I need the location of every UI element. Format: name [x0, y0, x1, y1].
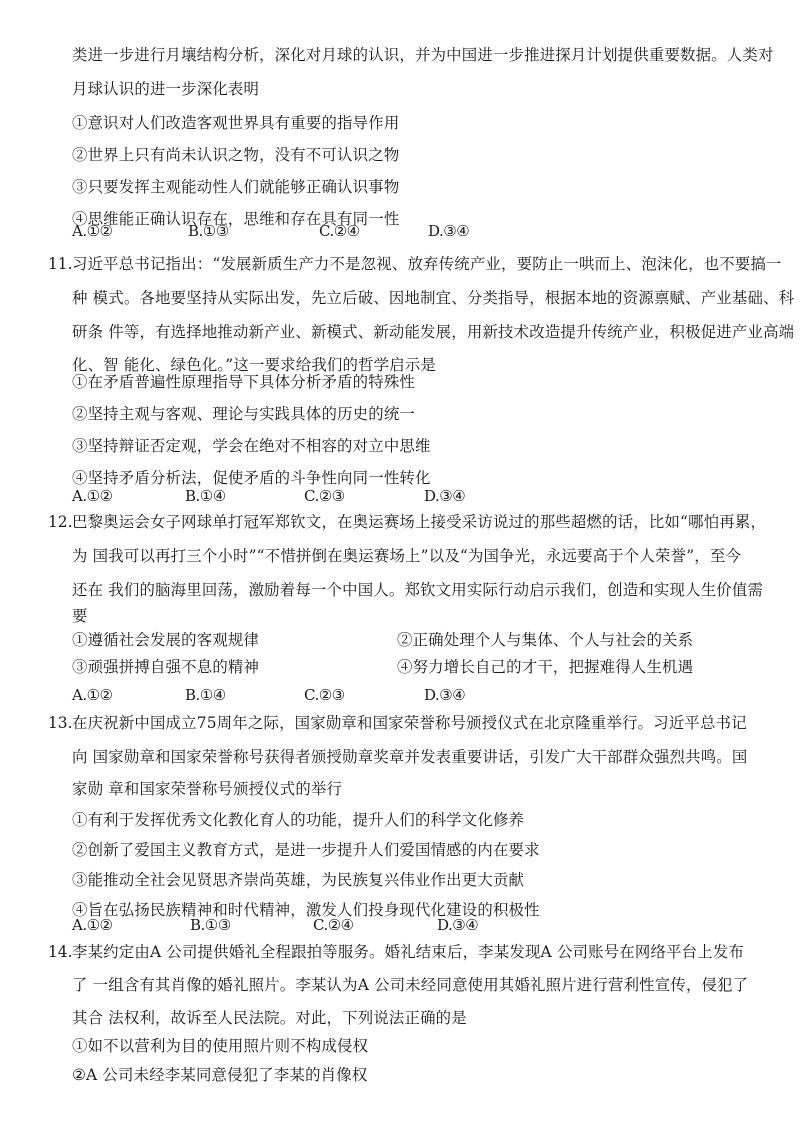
option-c: C.②③: [304, 685, 345, 705]
option-d: D.③④: [424, 486, 465, 506]
question-text-line: 类进一步进行月壤结构分析，深化对月球的认识，并为中国进一步推进探月计划提供重要数…: [72, 45, 774, 65]
statement-2: ②正确处理个人与集体、个人与社会的关系: [397, 630, 693, 650]
option-a: A.①②: [72, 221, 113, 241]
exam-page: 类进一步进行月壤结构分析，深化对月球的认识，并为中国进一步推进探月计划提供重要数…: [0, 0, 800, 1132]
option-b: B.①④: [185, 685, 226, 705]
option-d: D.③④: [437, 915, 478, 935]
option-c: C.②③: [304, 486, 345, 506]
question-text-line: 巴黎奥运会女子网球单打冠军郑钦文，在奥运赛场上接受采访说过的那些超燃的话，比如“…: [72, 512, 766, 532]
question-text-line: 种 模式。各地要坚持从实际出发，先立后破、因地制宜、分类指导，根据本地的资源禀赋…: [72, 288, 794, 308]
question-text-line: 李某约定由A 公司提供婚礼全程跟拍等服务。婚礼结束后，李某发现A 公司账号在网络…: [72, 942, 744, 962]
option-c: C.②④: [319, 221, 360, 241]
question-text-line: 家勋 章和国家荣誉称号颁授仪式的举行: [72, 779, 342, 799]
question-number: 12.: [48, 512, 72, 532]
statement-1: ①意识对人们改造客观世界具有重要的指导作用: [72, 113, 399, 133]
statement-3: ③坚持辩证否定观，学会在绝对不相容的对立中思维: [72, 436, 431, 456]
statement-3: ③只要发挥主观能动性人们就能够正确认识事物: [72, 177, 399, 197]
option-a: A.①②: [72, 486, 113, 506]
option-d: D.③④: [428, 221, 469, 241]
question-text-line: 还在 我们的脑海里回荡，激励着每一个中国人。郑钦文用实际行动启示我们，创造和实现…: [72, 580, 763, 600]
statement-3: ③能推动全社会见贤思齐崇尚英雄，为民族复兴伟业作出更大贡献: [72, 870, 524, 890]
question-text-line: 为 国我可以再打三个小时”“不惜拼倒在奥运赛场上”以及“为国争光，永远要高于个人…: [72, 546, 741, 566]
option-b: B.①③: [188, 221, 229, 241]
question-text-line: 要: [72, 606, 88, 626]
question-text-line: 其合 法权利，故诉至人民法院。对此，下列说法正确的是: [72, 1008, 467, 1028]
statement-1: ①在矛盾普遍性原理指导下具体分析矛盾的特殊性: [72, 372, 415, 392]
question-number: 14.: [48, 942, 72, 962]
statement-2: ②创新了爱国主义教育方式，是进一步提升人们爱国情感的内在要求: [72, 840, 540, 860]
question-text-line: 研条 件等，有选择地推动新产业、新模式、新动能发展，用新技术改造提升传统产业，积…: [72, 322, 794, 342]
statement-2: ②坚持主观与客观、理论与实践具体的历史的统一: [72, 404, 415, 424]
option-b: B.①④: [185, 486, 226, 506]
statement-3: ③顽强拼搏自强不息的精神: [72, 657, 259, 677]
option-d: D.③④: [424, 685, 465, 705]
statement-1: ①如不以营利为目的使用照片则不构成侵权: [72, 1036, 368, 1056]
question-number: 13.: [48, 713, 72, 733]
option-a: A.①②: [72, 915, 113, 935]
statement-2: ②A 公司未经李某同意侵犯了李某的肖像权: [72, 1065, 367, 1085]
option-a: A.①②: [72, 685, 113, 705]
option-c: C.②④: [313, 915, 354, 935]
statement-2: ②世界上只有尚未认识之物，没有不可认识之物: [72, 145, 399, 165]
question-text-line: 了 一组含有其肖像的婚礼照片。李某认为A 公司未经同意使用其婚礼照片进行营利性宣…: [72, 975, 748, 995]
question-text-line: 月球认识的进一步深化表明: [72, 79, 259, 99]
question-text-line: 在庆祝新中国成立75周年之际，国家勋章和国家荣誉称号颁授仪式在北京隆重举行。习近…: [72, 713, 747, 733]
option-b: B.①③: [190, 915, 231, 935]
question-text-line: 向 国家勋章和国家荣誉称号获得者颁授勋章奖章并发表重要讲话，引发广大干部群众强烈…: [72, 747, 748, 767]
statement-4: ④努力增长自己的才干，把握难得人生机遇: [397, 657, 693, 677]
statement-1: ①有利于发挥优秀文化教化育人的功能，提升人们的科学文化修养: [72, 810, 524, 830]
question-text-line: 习近平总书记指出：“发展新质生产力不是忽视、放弃传统产业，要防止一哄而上、泡沫化…: [72, 254, 782, 274]
statement-1: ①遵循社会发展的客观规律: [72, 630, 259, 650]
statement-4: ④坚持矛盾分析法，促使矛盾的斗争性向同一性转化: [72, 468, 431, 488]
question-number: 11.: [48, 254, 72, 274]
